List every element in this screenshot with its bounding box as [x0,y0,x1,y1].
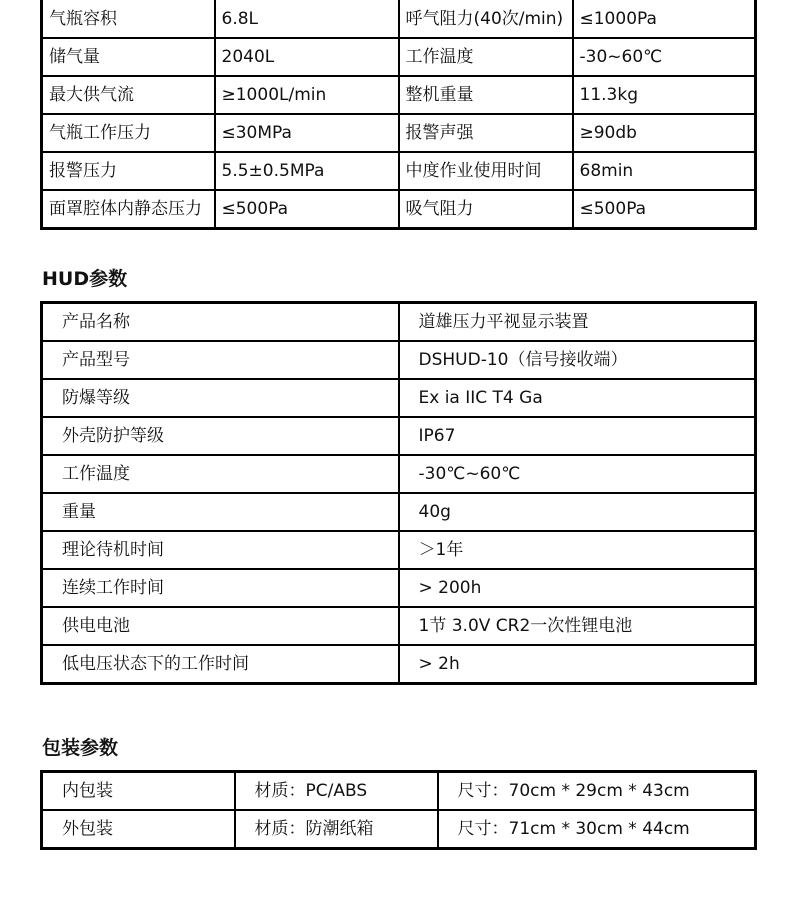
spec-value: -30~60℃ [573,38,756,76]
spec-label: 储气量 [42,38,215,76]
spec-label: 气瓶容积 [42,0,215,38]
table-row: 外壳防护等级IP67 [42,417,756,455]
spec-label: 呼气阻力(40次/min) [399,0,573,38]
table-row: 内包装 材质：PC/ABS 尺寸：70cm * 29cm * 43cm [42,772,756,811]
spec-value: 5.5±0.5MPa [215,152,399,190]
table-row: 重量40g [42,493,756,531]
spec-label: 吸气阻力 [399,190,573,229]
table-row: 低电压状态下的工作时间> 2h [42,645,756,684]
hud-value: 道雄压力平视显示装置 [399,303,756,342]
spec-value: ≥90db [573,114,756,152]
spec-label: 报警声强 [399,114,573,152]
hud-label: 连续工作时间 [42,569,399,607]
hud-label: 防爆等级 [42,379,399,417]
package-type: 外包装 [42,810,235,849]
package-material: 材质：PC/ABS [235,772,438,811]
spec-value: ≤30MPa [215,114,399,152]
spec-value: ≤500Pa [573,190,756,229]
hud-value: ＞1年 [399,531,756,569]
hud-section-title: HUD参数 [42,264,127,291]
table-row: 储气量 2040L 工作温度 -30~60℃ [42,38,756,76]
spec-value: ≤1000Pa [573,0,756,38]
spec-label: 报警压力 [42,152,215,190]
spec-label: 气瓶工作压力 [42,114,215,152]
spec-label: 工作温度 [399,38,573,76]
table-row: 产品名称道雄压力平视显示装置 [42,303,756,342]
spec-label: 中度作业使用时间 [399,152,573,190]
table-row: 供电电池1节 3.0V CR2一次性锂电池 [42,607,756,645]
spec-value: 6.8L [215,0,399,38]
hud-value: > 2h [399,645,756,684]
table-row: 连续工作时间> 200h [42,569,756,607]
hud-label: 供电电池 [42,607,399,645]
table-row: 产品型号DSHUD-10（信号接收端） [42,341,756,379]
table-row: 工作温度-30℃~60℃ [42,455,756,493]
spec-value: 11.3kg [573,76,756,114]
hud-value: -30℃~60℃ [399,455,756,493]
spec-value: ≥1000L/min [215,76,399,114]
package-size: 尺寸：71cm * 30cm * 44cm [438,810,756,849]
hud-label: 理论待机时间 [42,531,399,569]
table-row: 防爆等级Ex ia IIC T4 Ga [42,379,756,417]
table-row: 理论待机时间＞1年 [42,531,756,569]
package-size: 尺寸：70cm * 29cm * 43cm [438,772,756,811]
spec-label: 面罩腔体内静态压力 [42,190,215,229]
table-row: 最大供气流 ≥1000L/min 整机重量 11.3kg [42,76,756,114]
hud-table: 产品名称道雄压力平视显示装置 产品型号DSHUD-10（信号接收端） 防爆等级E… [40,301,757,685]
hud-value: 40g [399,493,756,531]
package-type: 内包装 [42,772,235,811]
hud-label: 工作温度 [42,455,399,493]
hud-value: 1节 3.0V CR2一次性锂电池 [399,607,756,645]
packaging-table: 内包装 材质：PC/ABS 尺寸：70cm * 29cm * 43cm 外包装 … [40,770,757,850]
package-material: 材质：防潮纸箱 [235,810,438,849]
table-row: 报警压力 5.5±0.5MPa 中度作业使用时间 68min [42,152,756,190]
hud-label: 重量 [42,493,399,531]
table-row: 气瓶容积 6.8L 呼气阻力(40次/min) ≤1000Pa [42,0,756,38]
table-row: 气瓶工作压力 ≤30MPa 报警声强 ≥90db [42,114,756,152]
spec-label: 最大供气流 [42,76,215,114]
packaging-section-title: 包装参数 [42,733,118,760]
spec-value: 68min [573,152,756,190]
spec-value: 2040L [215,38,399,76]
hud-value: DSHUD-10（信号接收端） [399,341,756,379]
spec-table: 气瓶容积 6.8L 呼气阻力(40次/min) ≤1000Pa 储气量 2040… [40,0,757,230]
spec-label: 整机重量 [399,76,573,114]
hud-value: > 200h [399,569,756,607]
spec-value: ≤500Pa [215,190,399,229]
hud-label: 产品名称 [42,303,399,342]
table-row: 外包装 材质：防潮纸箱 尺寸：71cm * 30cm * 44cm [42,810,756,849]
hud-label: 外壳防护等级 [42,417,399,455]
hud-label: 产品型号 [42,341,399,379]
table-row: 面罩腔体内静态压力 ≤500Pa 吸气阻力 ≤500Pa [42,190,756,229]
hud-value: Ex ia IIC T4 Ga [399,379,756,417]
hud-label: 低电压状态下的工作时间 [42,645,399,684]
hud-value: IP67 [399,417,756,455]
